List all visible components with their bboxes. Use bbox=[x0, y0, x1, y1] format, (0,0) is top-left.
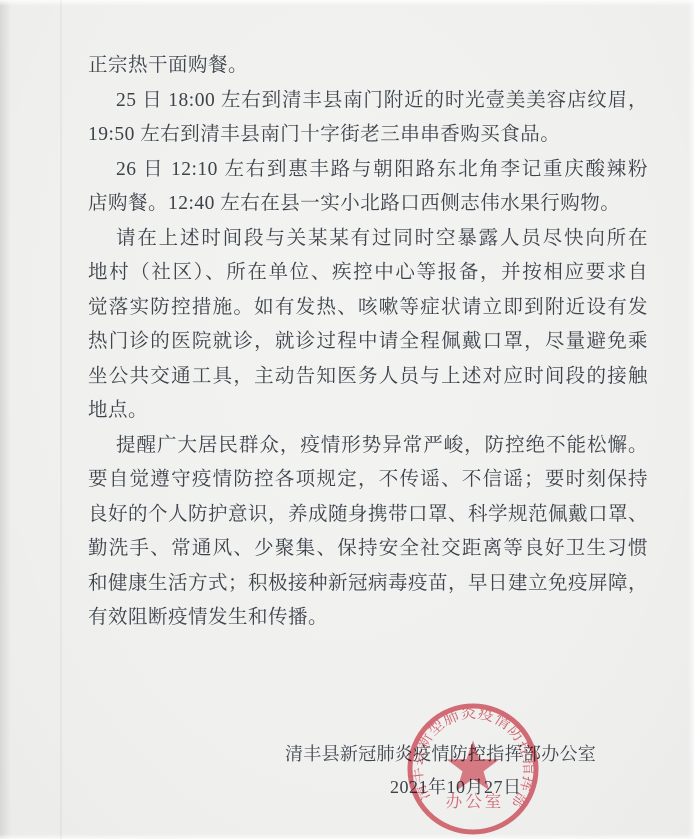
scan-edge-shadow-left bbox=[0, 0, 11, 839]
seal-bottom-text: 办公室 bbox=[446, 792, 505, 811]
text-line: 勤洗手、常通风、少聚集、保持安全社交距离等良好卫生习惯 bbox=[88, 532, 648, 567]
scan-edge-highlight-top bbox=[0, 0, 694, 6]
document-page: 正宗热干面购餐。 25 日 18:00 左右到清丰县南门附近的时光壹美美容店纹眉… bbox=[0, 0, 694, 839]
scan-edge-highlight-bottom bbox=[0, 834, 694, 839]
star-icon bbox=[447, 741, 499, 791]
text-line: 觉落实防控措施。如有发热、咳嗽等症状请立即到附近设有发 bbox=[88, 291, 648, 326]
text-line: 热门诊的医院就诊，就诊过程中请全程佩戴口罩，尽量避免乘 bbox=[88, 325, 648, 360]
text-line: 店购餐。12:40 左右在县一实小北路口西侧志伟水果行购物。 bbox=[88, 187, 648, 222]
text-line: 良好的个人防护意识，养成随身携带口罩、科学规范佩戴口罩、 bbox=[88, 498, 648, 533]
text-line: 地点。 bbox=[88, 394, 648, 429]
scan-crease-line bbox=[60, 0, 62, 839]
text-line: 地村（社区）、所在单位、疾控中心等报备，并按相应要求自 bbox=[88, 256, 648, 291]
text-line: 25 日 18:00 左右到清丰县南门附近的时光壹美美容店纹眉， bbox=[88, 84, 648, 119]
text-line: 要自觉遵守疫情防控各项规定，不传谣、不信谣；要时刻保持 bbox=[88, 463, 648, 498]
official-seal: 清丰县新型肺炎疫情防控指挥部 办公室 bbox=[404, 700, 542, 838]
text-line: 和健康生活方式；积极接种新冠病毒疫苗，早日建立免疫屏障， bbox=[88, 567, 648, 602]
text-line: 19:50 左右到清丰县南门十字街老三串串香购买食品。 bbox=[88, 118, 648, 153]
scan-edge-highlight-right bbox=[688, 0, 694, 839]
text-line: 有效阻断疫情发生和传播。 bbox=[88, 601, 648, 636]
text-line: 正宗热干面购餐。 bbox=[88, 49, 648, 84]
text-line: 请在上述时间段与关某某有过同时空暴露人员尽快向所在 bbox=[88, 222, 648, 257]
text-line: 坐公共交通工具，主动告知医务人员与上述对应时间段的接触 bbox=[88, 360, 648, 395]
body-text: 正宗热干面购餐。 25 日 18:00 左右到清丰县南门附近的时光壹美美容店纹眉… bbox=[88, 49, 648, 636]
text-line: 提醒广大居民群众，疫情形势异常严峻，防控绝不能松懈。 bbox=[88, 429, 648, 464]
text-line: 26 日 12:10 左右到惠丰路与朝阳路东北角李记重庆酸辣粉 bbox=[88, 153, 648, 188]
